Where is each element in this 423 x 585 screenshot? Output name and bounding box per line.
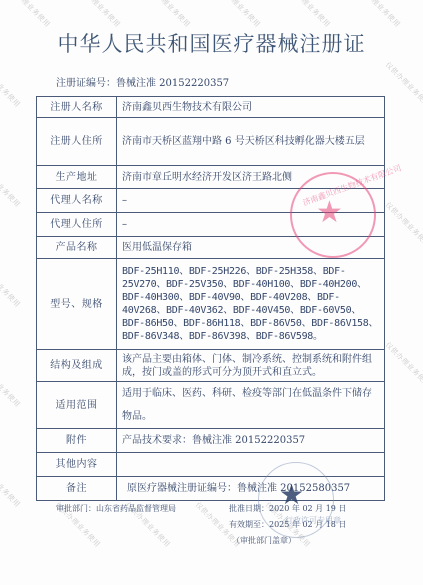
certificate-table: 注册人名称 济南鑫贝西生物技术有限公司 注册人住所 济南市天桥区蓝翔中路 6 号… <box>36 96 385 501</box>
company-seal: 济南鑫贝西生物技术有限公司 ★ <box>290 172 376 258</box>
table-row-registrant-address: 注册人住所 济南市天桥区蓝翔中路 6 号天桥区科技孵化器大楼五层 <box>37 118 385 166</box>
row-label: 产品名称 <box>37 237 117 259</box>
row-value: 原医疗器械注册证编号：鲁械注准 20152580357 <box>117 477 385 501</box>
row-label: 适用范围 <box>37 382 117 429</box>
table-row-other: 其他内容 <box>37 453 385 477</box>
row-label: 型号、规格 <box>37 259 117 350</box>
row-label: 备注 <box>37 477 117 501</box>
table-row-scope: 适用范围 适用于临床、医药、科研、检疫等部门在低温条件下储存物品。 <box>37 382 385 429</box>
row-label: 生产地址 <box>37 166 117 189</box>
row-label: 附件 <box>37 429 117 453</box>
table-row-registrant-name: 注册人名称 济南鑫贝西生物技术有限公司 <box>37 97 385 118</box>
row-value <box>117 453 385 477</box>
row-value: 济南鑫贝西生物技术有限公司 <box>117 97 385 118</box>
row-value: 适用于临床、医药、科研、检疫等部门在低温条件下储存物品。 <box>117 382 385 429</box>
row-label: 注册人名称 <box>37 97 117 118</box>
table-row-attachment: 附件 产品技术要求：鲁械注准 20152220357 <box>37 429 385 453</box>
row-label: 代理人名称 <box>37 189 117 213</box>
registration-number: 注册证编号：鲁械注准 20152220357 <box>56 74 229 89</box>
row-label: 注册人住所 <box>37 118 117 166</box>
registration-number-label: 注册证编号： <box>56 78 116 89</box>
star-icon: ★ <box>316 198 343 228</box>
table-row-structure: 结构及组成 该产品主要由箱体、门体、制冷系统、控制系统和附件组成，按门或盖的形式… <box>37 350 385 382</box>
row-value: BDF-25H110、BDF-25H226、BDF-25H358、BDF-25V… <box>117 259 385 350</box>
registration-number-value: 鲁械注准 20152220357 <box>116 78 229 89</box>
row-value: 济南市天桥区蓝翔中路 6 号天桥区科技孵化器大楼五层 <box>117 118 385 166</box>
row-label: 结构及组成 <box>37 350 117 382</box>
document-title: 中华人民共和国医疗器械注册证 <box>0 28 423 58</box>
government-seal-label: 行政许可专用章 <box>285 515 341 526</box>
row-label: 其他内容 <box>37 453 117 477</box>
row-value: 该产品主要由箱体、门体、制冷系统、控制系统和附件组成，按门或盖的形式可分为顶开式… <box>117 350 385 382</box>
star-icon: ★ <box>279 481 304 509</box>
row-value: 产品技术要求：鲁械注准 20152220357 <box>117 429 385 453</box>
government-seal: ★ 行政许可专用章 <box>258 462 334 538</box>
approval-department: 审批部门：山东省药品监督管理局 <box>56 503 176 514</box>
table-row-models: 型号、规格 BDF-25H110、BDF-25H226、BDF-25H358、B… <box>37 259 385 350</box>
row-label: 代理人住所 <box>37 213 117 237</box>
